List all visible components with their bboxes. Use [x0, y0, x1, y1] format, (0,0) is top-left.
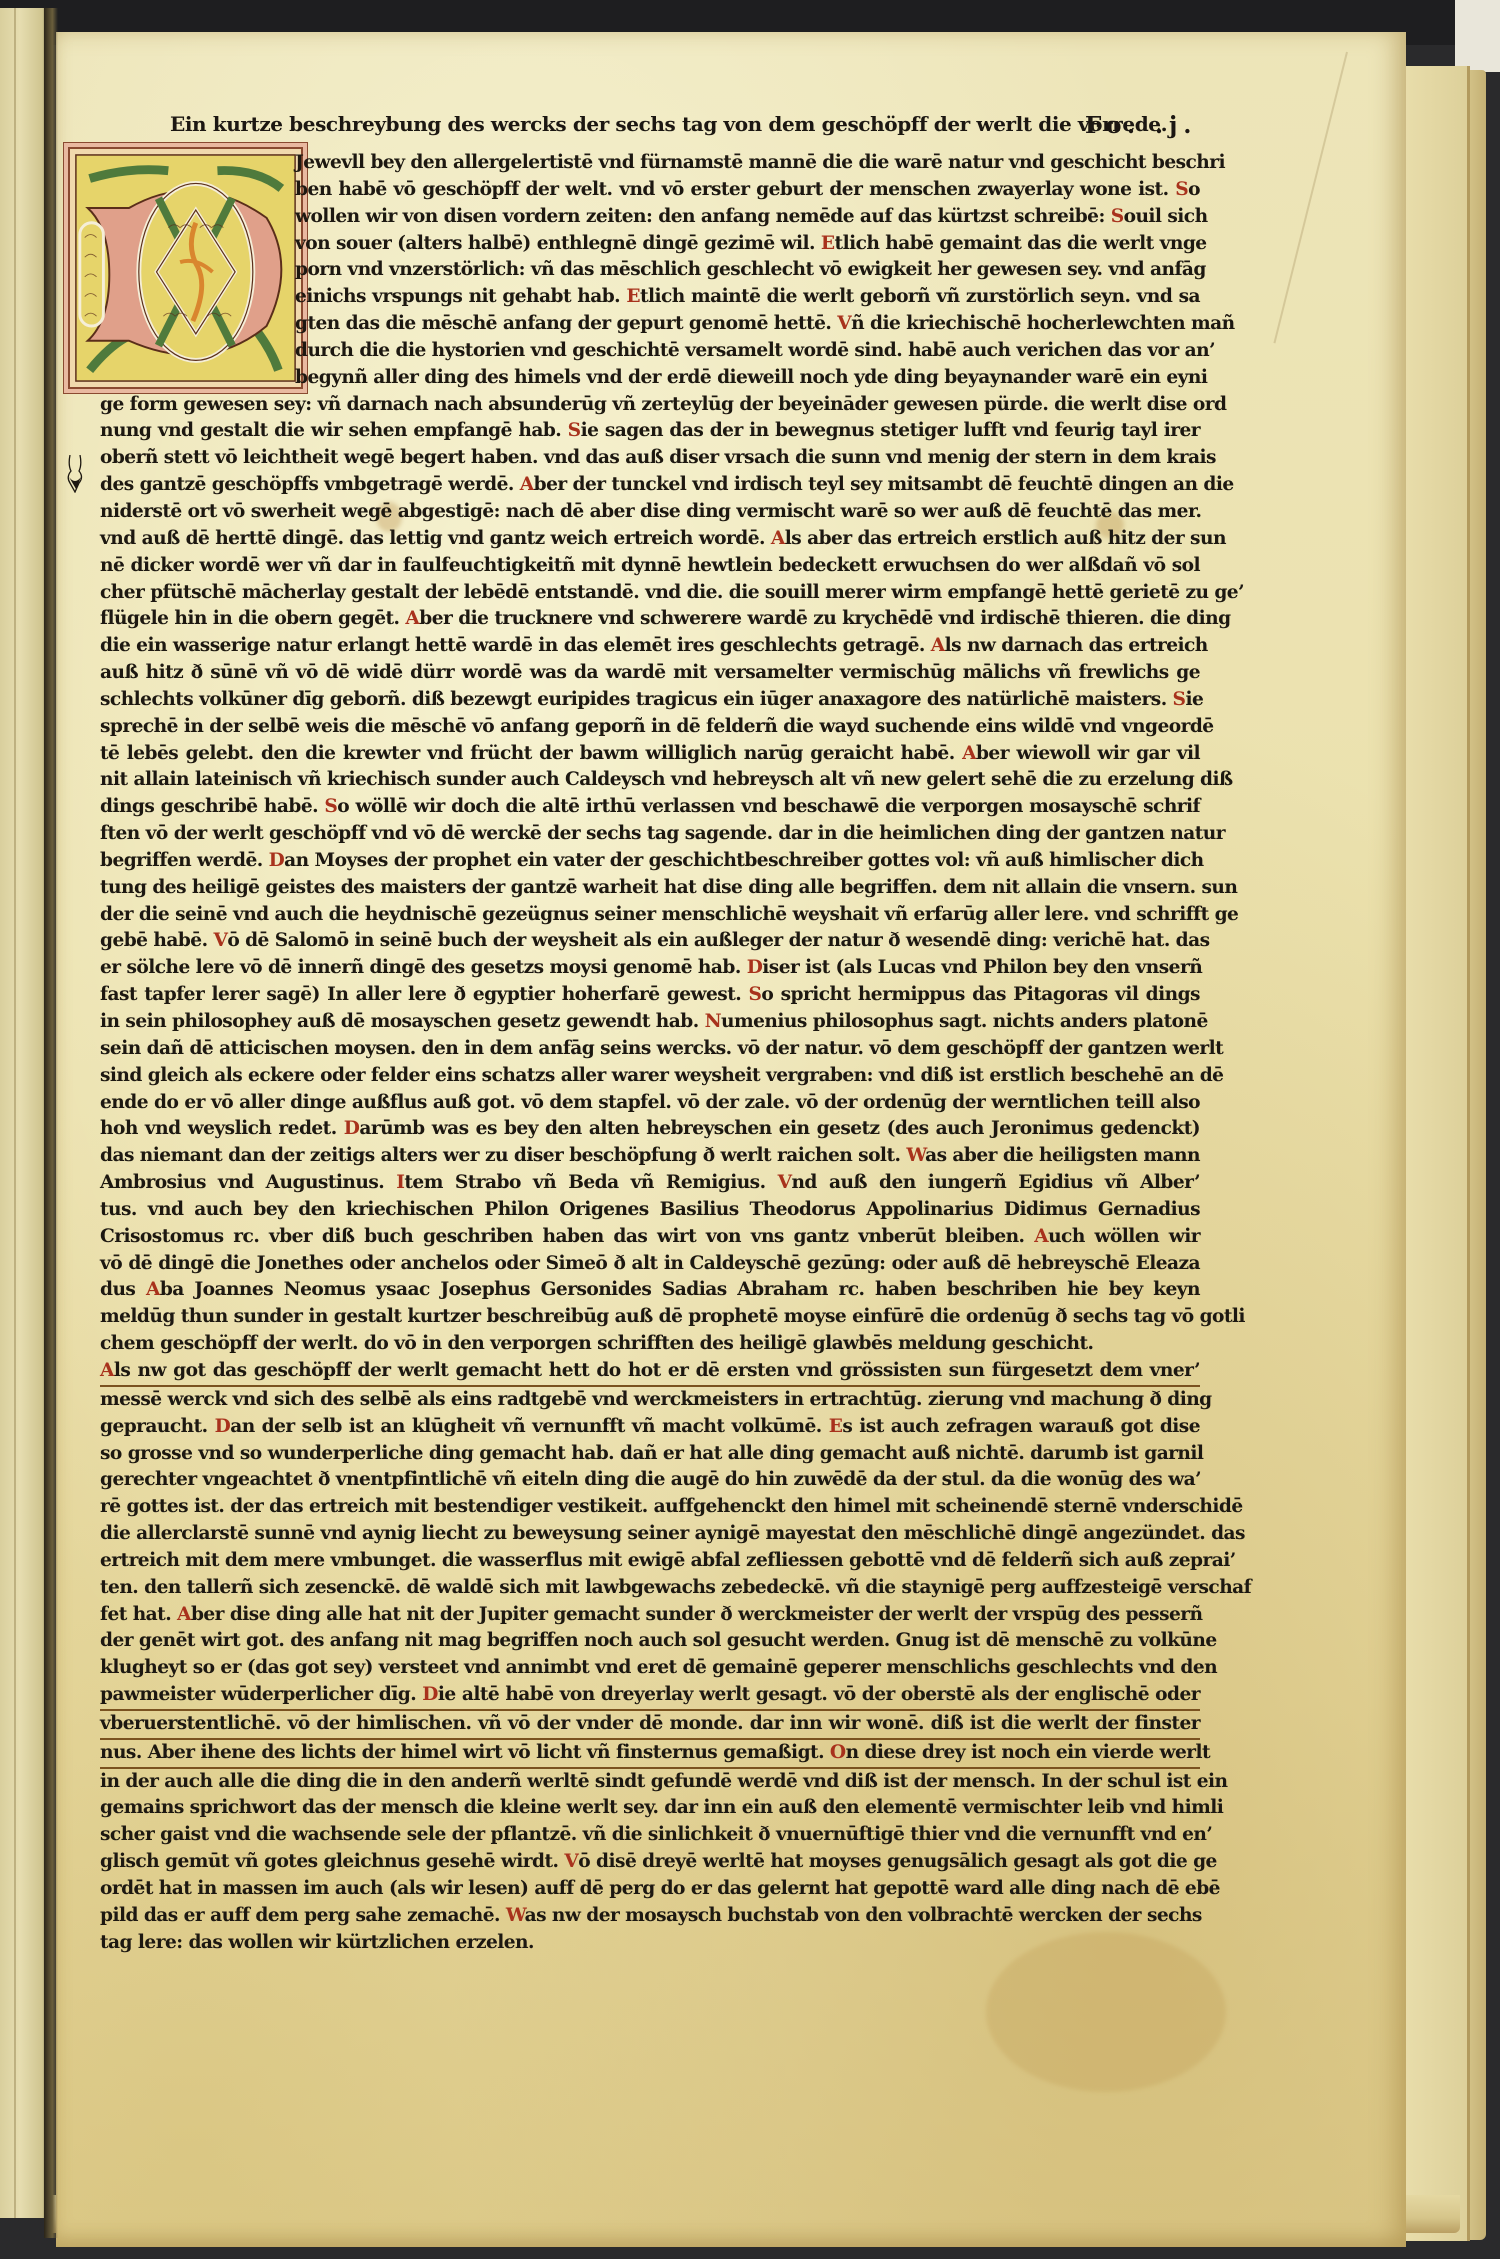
text-line: oberñ stett vō leichtheit wegē begert ha… — [100, 445, 1200, 472]
text-line: die ein wasserige natur erlangt hettē wa… — [100, 633, 1200, 660]
text-line: gerechter vngeachtet ð vnentpfintlichē v… — [100, 1467, 1200, 1494]
text-line: pild das er auff dem perg sahe zemachē. … — [100, 1903, 1200, 1930]
text-line-underlined: Als nw got das geschöpff der werlt gemac… — [100, 1358, 1200, 1387]
text-line: das niemant dan der zeitigs alters wer z… — [100, 1143, 1200, 1170]
body-text: Jewevll bey den allergelertistē vnd fürn… — [100, 150, 1200, 1957]
text-line: der die seinē vnd auch die heydnischē ge… — [100, 902, 1200, 929]
leaf-crease — [14, 8, 16, 2218]
paper-fold — [1273, 52, 1348, 344]
text-line: dings geschribē habē. So wöllē wir doch … — [100, 794, 1200, 821]
folio-number: Fo. .j. — [1085, 112, 1197, 139]
text-line: nit allain lateinisch vñ kriechisch sund… — [100, 767, 1200, 794]
text-line: vnd auß dē herttē dingē. das lettig vnd … — [100, 526, 1200, 553]
text-line: ordēt hat in massen im auch (als wir les… — [100, 1876, 1200, 1903]
text-line: von souer (alters halbē) enthlegnē dingē… — [100, 231, 1200, 258]
text-line: fast tapfer lerer sagē) In aller lere ð … — [100, 982, 1200, 1009]
text-line: so grosse vnd so wunderperliche ding gem… — [100, 1441, 1200, 1468]
text-line: Ambrosius vnd Augustinus. Item Strabo vñ… — [100, 1170, 1200, 1197]
text-line: tung des heiligē geistes des maisters de… — [100, 875, 1200, 902]
text-line: der genēt wirt got. des anfang nit mag b… — [100, 1628, 1200, 1655]
text-line: sind gleich als eckere oder felder eins … — [100, 1063, 1200, 1090]
text-line: flügele hin in die obern gegēt. Aber die… — [100, 606, 1200, 633]
text-line: die allerclarstē sunnē vnd aynig liecht … — [100, 1521, 1200, 1548]
text-line-underlined: vberuerstentlichē. vō der himlischen. vñ… — [100, 1711, 1200, 1740]
text-line: gebē habē. Vō dē Salomō in seinē buch de… — [100, 928, 1200, 955]
text-line: ben habē vō geschöpff der welt. vnd vō e… — [100, 177, 1200, 204]
text-line: Jewevll bey den allergelertistē vnd fürn… — [100, 150, 1200, 177]
text-line: ten. den tallerñ sich zesenckē. dē waldē… — [100, 1575, 1200, 1602]
text-line: glisch gemūt vñ gotes gleichnus gesehē w… — [100, 1849, 1200, 1876]
text-line: rē gottes ist. der das ertreich mit best… — [100, 1494, 1200, 1521]
scan-backdrop-card — [1455, 0, 1500, 72]
text-line: ertreich mit dem mere vmbunget. die wass… — [100, 1548, 1200, 1575]
text-line: messē werck vnd sich des selbē als eins … — [100, 1387, 1200, 1414]
text-line: einichs vrspungs nit gehabt hab. Etlich … — [100, 284, 1200, 311]
text-line: cher pfütschē mācherlay gestalt der lebē… — [100, 580, 1200, 607]
text-line: chem geschöpff der werlt. do vō in den v… — [100, 1331, 1200, 1358]
running-head-title: Ein kurtze beschreybung des wercks der s… — [170, 112, 1167, 136]
text-line: meldūg thun sunder in gestalt kurtzer be… — [100, 1304, 1200, 1331]
text-line: nē dicker wordē wer vñ dar in faulfeucht… — [100, 553, 1200, 580]
pointing-hand-mark-icon — [64, 455, 86, 493]
text-line: Crisostomus rc. vber diß buch geschriben… — [100, 1224, 1200, 1251]
text-line: scher gaist vnd die wachsende sele der p… — [100, 1822, 1200, 1849]
text-line-underlined: nus. Aber ihene des lichts der himel wir… — [100, 1740, 1200, 1769]
leaf-stack-edge-inner — [1395, 66, 1470, 2241]
text-line: auß hitz ð sūnē vñ vō dē widē dürr wordē… — [100, 660, 1200, 687]
text-line: tē lebēs gelebt. den die krewter vnd frü… — [100, 741, 1200, 768]
text-line: schlechts volkūner dīg geborñ. diß bezew… — [100, 687, 1200, 714]
text-line: vō dē dingē die Jonethes oder anchelos o… — [100, 1251, 1200, 1278]
text-line: ende do er vō aller dinge außflus auß go… — [100, 1090, 1200, 1117]
text-line: begynñ aller ding des himels vnd der erd… — [100, 365, 1200, 392]
text-line: gepraucht. Dan der selb ist an klūgheit … — [100, 1414, 1200, 1441]
text-line: sein dañ dē atticischen moysen. den in d… — [100, 1036, 1200, 1063]
text-line: ge form gewesen sey: vñ darnach nach abs… — [100, 392, 1200, 419]
text-line-underlined: pawmeister wūderperlicher dīg. Die altē … — [100, 1682, 1200, 1711]
text-line: tus. vnd auch bey den kriechischen Philo… — [100, 1197, 1200, 1224]
text-line: nung vnd gestalt die wir sehen empfangē … — [100, 418, 1200, 445]
text-line: gemains sprichwort das der mensch die kl… — [100, 1795, 1200, 1822]
text-line: klugheyt so er (das got sey) versteet vn… — [100, 1655, 1200, 1682]
text-line: sprechē in der selbē weis die mēschē vō … — [100, 714, 1200, 741]
text-line: fet hat. Aber dise ding alle hat nit der… — [100, 1602, 1200, 1629]
text-line: in sein philosophey auß dē mosayschen ge… — [100, 1009, 1200, 1036]
text-line: begriffen werdē. Dan Moyses der prophet … — [100, 848, 1200, 875]
text-line: hoh vnd weyslich redet. Darūmb was es be… — [100, 1116, 1200, 1143]
text-line: porn vnd vnzerstörlich: vñ das mēschlich… — [100, 257, 1200, 284]
facing-leaf-edge — [0, 8, 50, 2218]
text-line: tag lere: das wollen wir kürtzlichen erz… — [100, 1930, 1200, 1957]
text-line: ften vō der werlt geschöpff vnd vō dē we… — [100, 821, 1200, 848]
text-line: niderstē ort vō swerheit wegē abgestigē:… — [100, 499, 1200, 526]
text-line: wollen wir von disen vordern zeiten: den… — [100, 204, 1200, 231]
binding-gutter — [44, 8, 58, 2238]
running-head: Ein kurtze beschreybung des wercks der s… — [170, 112, 1230, 148]
text-line: des gantzē geschöpffs vmbgetragē werdē. … — [100, 472, 1200, 499]
text-line: er sölche lere vō dē innerñ dingē des ge… — [100, 955, 1200, 982]
text-line: dus Aba Joannes Neomus ysaac Josephus Ge… — [100, 1277, 1200, 1304]
text-line: gten das die mēschē anfang der gepurt ge… — [100, 311, 1200, 338]
text-line: durch die die hystorien vnd geschichtē v… — [100, 338, 1200, 365]
text-line: in der auch alle die ding die in den and… — [100, 1769, 1200, 1796]
